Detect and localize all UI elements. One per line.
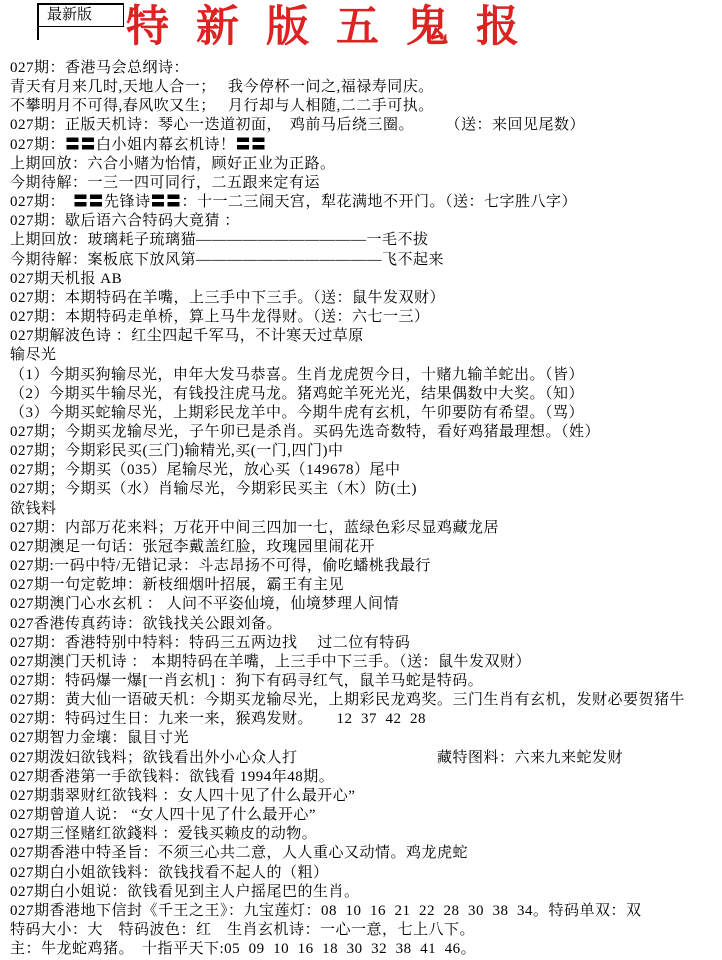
report-line: 027期香港第一手欲钱料：欲钱看 1994年48期。 [10,768,722,787]
report-line: 027期：〓〓白小姐内幕玄机诗！〓〓 [10,136,722,155]
report-line: 027期；今期买龙输尽光，子午卯已是杀肖。买码先选奇数特，看好鸡猪最理想。（姓） [10,423,722,442]
report-line: 输尽光 [10,346,722,365]
report-line: 特码大小：大 特码波色：红 生肖玄机诗：一心一意，七上八下。 [10,921,722,940]
report-line: 027期：本期特码在羊嘴，上三手中下三手。（送：鼠牛发双财） [10,289,722,308]
report-line: 027期香港地下信封《千王之王》：九宝莲灯：08 10 16 21 22 28 … [10,902,722,921]
report-line: 027期智力金壤：鼠目寸光 [10,729,722,748]
report-line: 027期；今期买（水）肖输尽光，今期彩民买主（木）防(土) [10,480,722,499]
report-line: 027期；今期彩民买(三门)输精光,买(一门,四门)中 [10,442,722,461]
report-line: 不攀明月不可得,春风吹又生； 月行却与人相随,二二手可执。 [10,97,722,116]
report-line: 027期：特码爆一爆[一肖玄机] ：狗下有码寻红气，鼠羊马蛇是特码。 [10,672,722,691]
report-line: 027期；今期买（035）尾输尽光，放心买（149678）尾中 [10,461,722,480]
report-line: 027期： 〓〓先锋诗〓〓：十一二三闹天宫，犁花满地不开门。（送：七字胜八字） [10,193,722,212]
report-line: （2）今期买牛输尽光，有钱投注虎马龙。猪鸡蛇羊死光光，结果偶数中大奖。（知） [10,385,722,404]
report-line: 027期：本期特码走单桥，算上马牛龙得财。（送：六七一三） [10,308,722,327]
report-line: （1）今期买狗输尽光，申年大发马恭喜。生肖龙虎贺今日，十赌九输羊蛇出。（皆） [10,366,722,385]
report-body: 027期：香港马会总纲诗：青天有月来几时,天地人合一； 我今停杯一问之,福禄寿同… [10,59,722,959]
report-line: 027期澳门心水玄机 ： 人问不平姿仙境，仙境梦理人间情 [10,595,722,614]
report-line: 欲钱料 [10,500,722,519]
report-line: 青天有月来几时,天地人合一； 我今停杯一问之,福禄寿同庆。 [10,78,722,97]
report-line: 027期曾道人说： “女人四十见了什么最开心” [10,806,722,825]
report-line: 027期翡翠财红欲钱料 ：女人四十见了什么最开心” [10,787,722,806]
report-line: 027期：正版天机诗：琴心一迭道初面， 鸡前马后绕三圈。 （送：来回见尾数） [10,116,722,135]
report-line: 上期回放：六合小赌为怡情，顾好正业为正路。 [10,155,722,174]
report-line: 027期白小姐欲钱料：欲钱找看不起人的（粗） [10,864,722,883]
report-line: 027期：香港马会总纲诗： [10,59,722,78]
report-line: 027期白小姐说：欲钱看见到主人户摇尾巴的生肖。 [10,883,722,902]
report-line: 027香港传真药诗：欲钱找关公跟刘备。 [10,615,722,634]
report-line: 027期泼妇欲钱料；欲钱看出外小心众人打 藏特图料：六来九来蛇发财 [10,749,722,768]
report-line: 027期三怪赌红欲錢料 ：爱钱买赖皮的动物。 [10,825,722,844]
report-line: 027期澳门天机诗 ： 本期特码在羊嘴，上三手中下三手。（送：鼠牛发双财） [10,653,722,672]
latest-edition-badge: 最新版 [37,3,124,27]
page-title: 特新版五鬼报 [126,0,546,56]
report-page: 最新版 特新版五鬼报 027期：香港马会总纲诗：青天有月来几时,天地人合一； 我… [0,0,722,960]
report-line: 027期：香港特别中特料：特码三五两边找 过二位有特码 [10,634,722,653]
report-line: 027期天机报 AB [10,270,722,289]
report-line: 027期：歇后语六合特码大竟猜 ： [10,212,722,231]
report-line: （3）今期买蛇输尽光，上期彩民龙羊中。今期牛虎有玄机，午卯要防有希望。（骂） [10,404,722,423]
report-line: 主：牛龙蛇鸡猪。 十指平天下:05 09 10 16 18 30 32 38 4… [10,940,722,959]
report-line: 027期澳足一句话：张冠李戴盖红脸，玫瑰园里闹花开 [10,538,722,557]
report-line: 今期待解：案板底下放风第————————————飞不起来 [10,251,722,270]
report-line: 027期:一码中特/无错记录：斗志昂扬不可得，偷吃蟠桃我最行 [10,557,722,576]
report-line: 027期香港中特圣旨：不须三心共二意，人人重心又动情。鸡龙虎蛇 [10,844,722,863]
report-line: 027期解波色诗 ：红尘四起千军马，不计寒天过草原 [10,327,722,346]
report-line: 027期一句定乾坤：新枝细烟叶招展，霸王有主见 [10,576,722,595]
report-line: 027期：特码过生日：九来一来，猴鸡发财。 12 37 42 28 [10,710,722,729]
report-line: 今期待解：一三一四可同行，二五跟来定有运 [10,174,722,193]
report-line: 027期：黄大仙一语破天机：今期买龙输尽光，上期彩民龙鸡奖。三门生肖有玄机，发财… [10,691,722,710]
report-line: 027期：内部万花来料；万花开中间三四加一七，蓝绿色彩尽显鸡藏龙居 [10,519,722,538]
report-line: 上期回放：玻璃耗子琉璃猫———————————一毛不拔 [10,231,722,250]
